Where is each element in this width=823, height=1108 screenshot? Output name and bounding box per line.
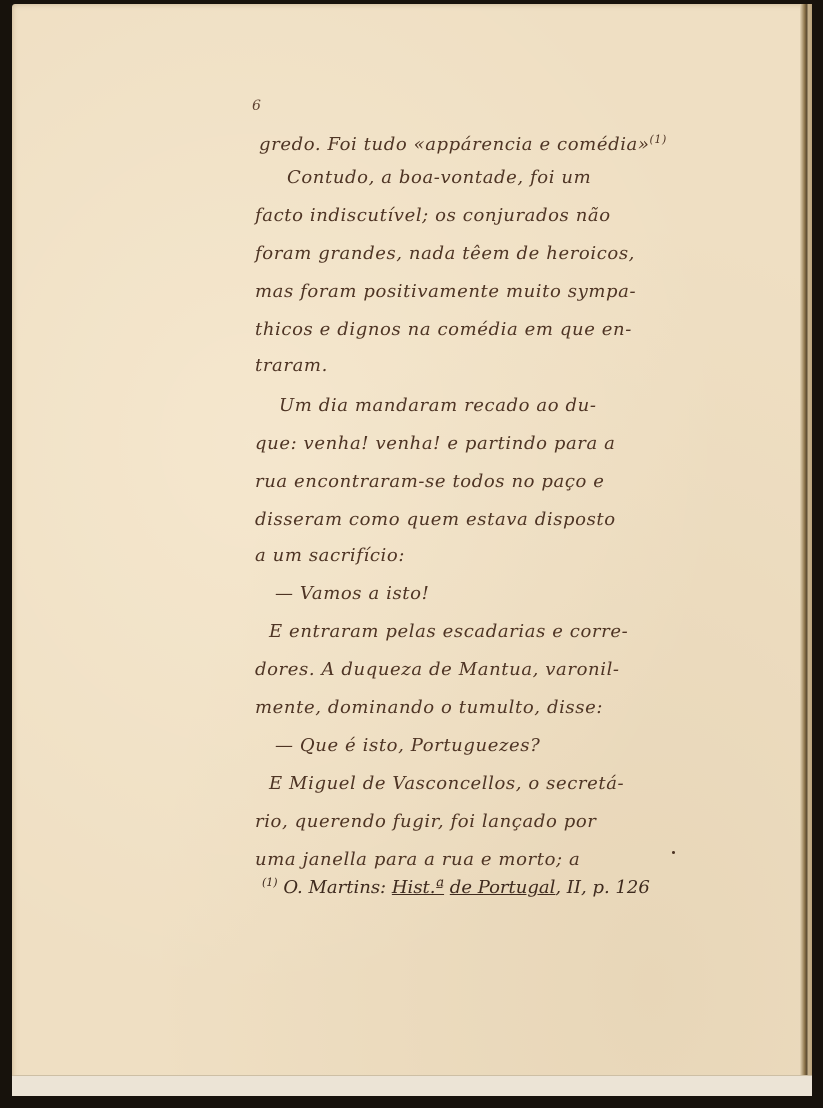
- text-line-1: gredo. Foi tudo «appárencia e comédia»(1…: [259, 128, 667, 157]
- text-line-19: rio, querendo fugir, foi lançado por: [255, 810, 596, 834]
- footnote-reference: , II, p. 126: [555, 877, 649, 898]
- text-line-15: dores. A duqueza de Mantua, varonil-: [255, 658, 620, 682]
- text-line-14: E entraram pelas escadarias e corre-: [269, 620, 628, 644]
- text-line-5: mas foram positivamente muito sympa-: [255, 280, 636, 304]
- text-line-6: thicos e dignos na comédia em que en-: [255, 318, 632, 342]
- text-line-2: Contudo, a boa-vontade, foi um: [287, 166, 591, 190]
- text-line-3: facto indiscutível; os conjurados não: [255, 204, 611, 228]
- text-line-11: disseram como quem estava disposto: [255, 508, 616, 532]
- text-line-9: que: venha! venha! e partindo para a: [255, 432, 615, 456]
- footnote-marker: (1): [650, 133, 667, 146]
- footnote: (1) O. Martins: Hist.ª de Portugal, II, …: [262, 876, 650, 898]
- text-line-4: foram grandes, nada têem de heroicos,: [255, 242, 635, 266]
- text-line-20: uma janella para a rua e morto; a: [255, 848, 580, 872]
- text-line-16: mente, dominando o tumulto, disse:: [255, 696, 603, 720]
- text-line-13: — Vamos a isto!: [275, 582, 429, 606]
- footnote-number: (1): [262, 876, 278, 889]
- text-line-10: rua encontraram-se todos no paço e: [255, 470, 605, 494]
- page-number: 6: [252, 98, 261, 114]
- text-line-17: — Que é isto, Portuguezes?: [275, 734, 540, 758]
- footnote-author: O. Martins:: [283, 877, 386, 898]
- page-binding-edge: [800, 4, 812, 1096]
- footnote-title-part1: Hist.ª: [392, 877, 444, 898]
- stray-ink-dot: [672, 851, 675, 854]
- text-line-8: Um dia mandaram recado ao du-: [279, 394, 597, 418]
- text-line-7: traram.: [255, 354, 328, 378]
- footnote-title-part2: de Portugal: [450, 877, 556, 898]
- text-line-18: E Miguel de Vasconcellos, o secretá-: [269, 772, 624, 796]
- page-bottom-edge: [12, 1075, 812, 1096]
- line-text: gredo. Foi tudo «appárencia e comédia»: [259, 134, 650, 155]
- text-line-12: a um sacrifício:: [255, 544, 405, 568]
